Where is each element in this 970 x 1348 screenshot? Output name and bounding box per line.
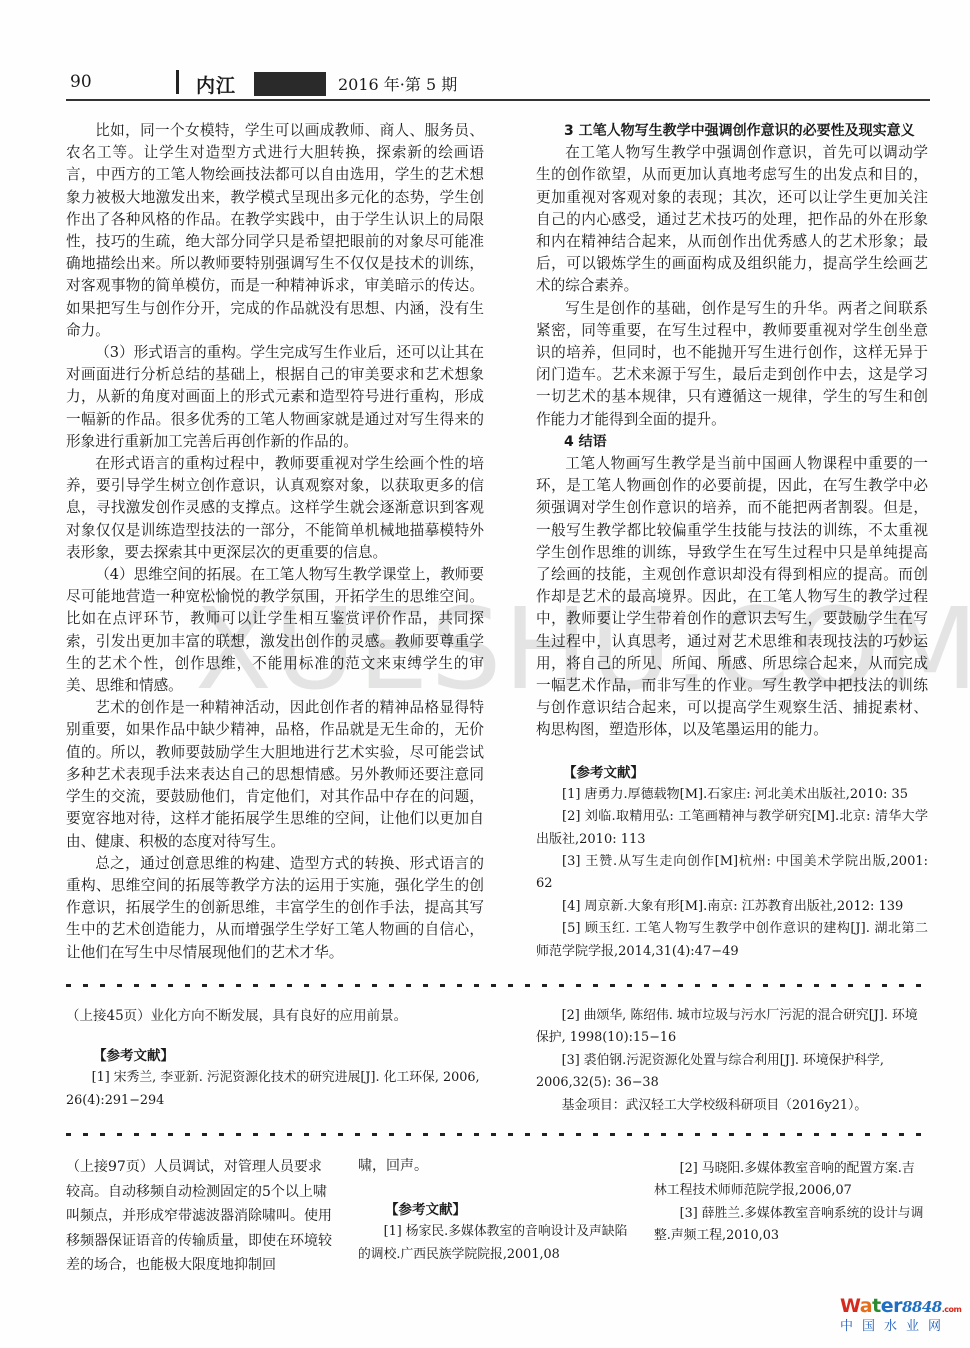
continuation-text: （上接45页）业化方向不断发展，具有良好的应用前景。 (66, 1005, 486, 1027)
site-logo-chinese: 中国水业网 (840, 1315, 965, 1334)
continuation-45-left: （上接45页）业化方向不断发展，具有良好的应用前景。 【参考文献】 [1] 宋秀… (66, 1005, 486, 1112)
reference-item: [4] 周京新.大象有形[M].南京: 江苏教育出版社,2012: 139 (536, 896, 928, 918)
continuation-97-col2: 啸，回声。 【参考文献】 [1] 杨家民.多媒体教室的音响设计及声缺陷的调校.广… (358, 1155, 630, 1266)
reference-item: [1] 唐勇力.厚德载物[M].石家庄: 河北美术出版社,2010: 35 (536, 784, 928, 806)
continuation-97-col1: （上接97页）人员调试，对管理人员要求较高。自动移频自动检测固定的5个以上啸叫频… (66, 1155, 334, 1278)
reference-item: [1] 宋秀兰, 李亚新. 污泥资源化技术的研究进展[J]. 化工环保, 200… (66, 1067, 486, 1112)
paragraph: （3）形式语言的重构。学生完成写生作业后，还可以让其在对画面进行分析总结的基础上… (66, 342, 484, 453)
page-number: 90 (70, 72, 92, 92)
journal-logo-block (254, 72, 326, 96)
reference-item: [3] 薛胜兰.多媒体教室音响系统的设计与调整.声频工程,2010,03 (654, 1203, 926, 1248)
reference-item: [2] 刘临.取精用弘: 工笔画精神与教学研究[M].北京: 清华大学出版社,2… (536, 806, 928, 851)
reference-item: [3] 裘伯钢.污泥资源化处置与综合利用[J]. 环境保护科学, 2006,32… (536, 1050, 926, 1095)
section-3-heading: 3 工笔人物写生教学中强调创作意识的必要性及现实意义 (536, 120, 928, 142)
paragraph: 比如，同一个女模特，学生可以画成教师、商人、服务员、农名工等。让学生对造型方式进… (66, 120, 484, 342)
section-4-heading: 4 结语 (536, 431, 928, 453)
reference-item: [1] 杨家民.多媒体教室的音响设计及声缺陷的调校.广西民族学院院报,2001,… (358, 1221, 630, 1266)
header-rule (66, 99, 930, 101)
paragraph: 工笔人物画写生教学是当前中国画人物课程中重要的一环，是工笔人物画创作的必要前提，… (536, 453, 928, 742)
reference-item: [2] 马晓阳.多媒体教室音响的配置方案.吉林工程技术师师范院学报,2006,0… (654, 1158, 926, 1203)
references-heading: 【参考文献】 (536, 762, 928, 784)
references-heading: 【参考文献】 (66, 1045, 486, 1067)
paragraph: 写生是创作的基础，创作是写生的升华。两者之间联系紧密，同等重要，在写生过程中，教… (536, 298, 928, 431)
dotted-separator (66, 984, 926, 987)
paragraph: 在工笔人物写生教学中强调创作意识，首先可以调动学生的创作欲望，从而更加认真地考虑… (536, 142, 928, 297)
continuation-97-col3: [2] 马晓阳.多媒体教室音响的配置方案.吉林工程技术师师范院学报,2006,0… (654, 1158, 926, 1248)
paragraph: （4）思维空间的拓展。在工笔人物写生教学课堂上，教师要尽可能地营造一种宽松愉悦的… (66, 564, 484, 697)
continuation-45-right: [2] 曲颂华, 陈绍伟. 城市垃圾与污水厂污泥的混合研究[J]. 环境保护, … (536, 1005, 926, 1117)
page-header: 90 内江 2016 年·第 5 期 (66, 70, 930, 100)
journal-logo: 内江 (196, 71, 236, 98)
issue-label: 2016 年·第 5 期 (338, 72, 457, 95)
paragraph: 总之，通过创意思维的构建、造型方式的转换、形式语言的重构、思维空间的拓展等教学方… (66, 853, 484, 964)
left-column: 比如，同一个女模特，学生可以画成教师、商人、服务员、农名工等。让学生对造型方式进… (66, 120, 484, 964)
right-column: 3 工笔人物写生教学中强调创作意识的必要性及现实意义 在工笔人物写生教学中强调创… (536, 120, 928, 963)
funding-note: 基金项目：武汉轻工大学校级科研项目（2016y21）。 (536, 1095, 926, 1117)
paragraph: 艺术的创作是一种精神活动，因此创作者的精神品格显得特别重要，如果作品中缺少精神，… (66, 697, 484, 852)
continuation-text: （上接97页）人员调试，对管理人员要求较高。自动移频自动检测固定的5个以上啸叫频… (66, 1155, 334, 1278)
continuation-text: 啸，回声。 (358, 1155, 630, 1177)
reference-item: [5] 顾玉红. 工笔人物写生教学中创作意识的建构[J]. 湖北第二师范学院学报… (536, 918, 928, 963)
site-logo-wordmark: Water8848.com (840, 1295, 965, 1317)
site-logo[interactable]: Water8848.com 中国水业网 (840, 1295, 965, 1345)
header-divider (176, 70, 179, 94)
paragraph: 在形式语言的重构过程中，教师要重视对学生绘画个性的培养，要引导学生树立创作意识，… (66, 453, 484, 564)
dotted-separator (66, 1133, 926, 1136)
reference-item: [2] 曲颂华, 陈绍伟. 城市垃圾与污水厂污泥的混合研究[J]. 环境保护, … (536, 1005, 926, 1050)
reference-item: [3] 王赞.从写生走向创作[M]杭州: 中国美术学院出版,2001: 62 (536, 851, 928, 896)
references-heading: 【参考文献】 (358, 1199, 630, 1221)
